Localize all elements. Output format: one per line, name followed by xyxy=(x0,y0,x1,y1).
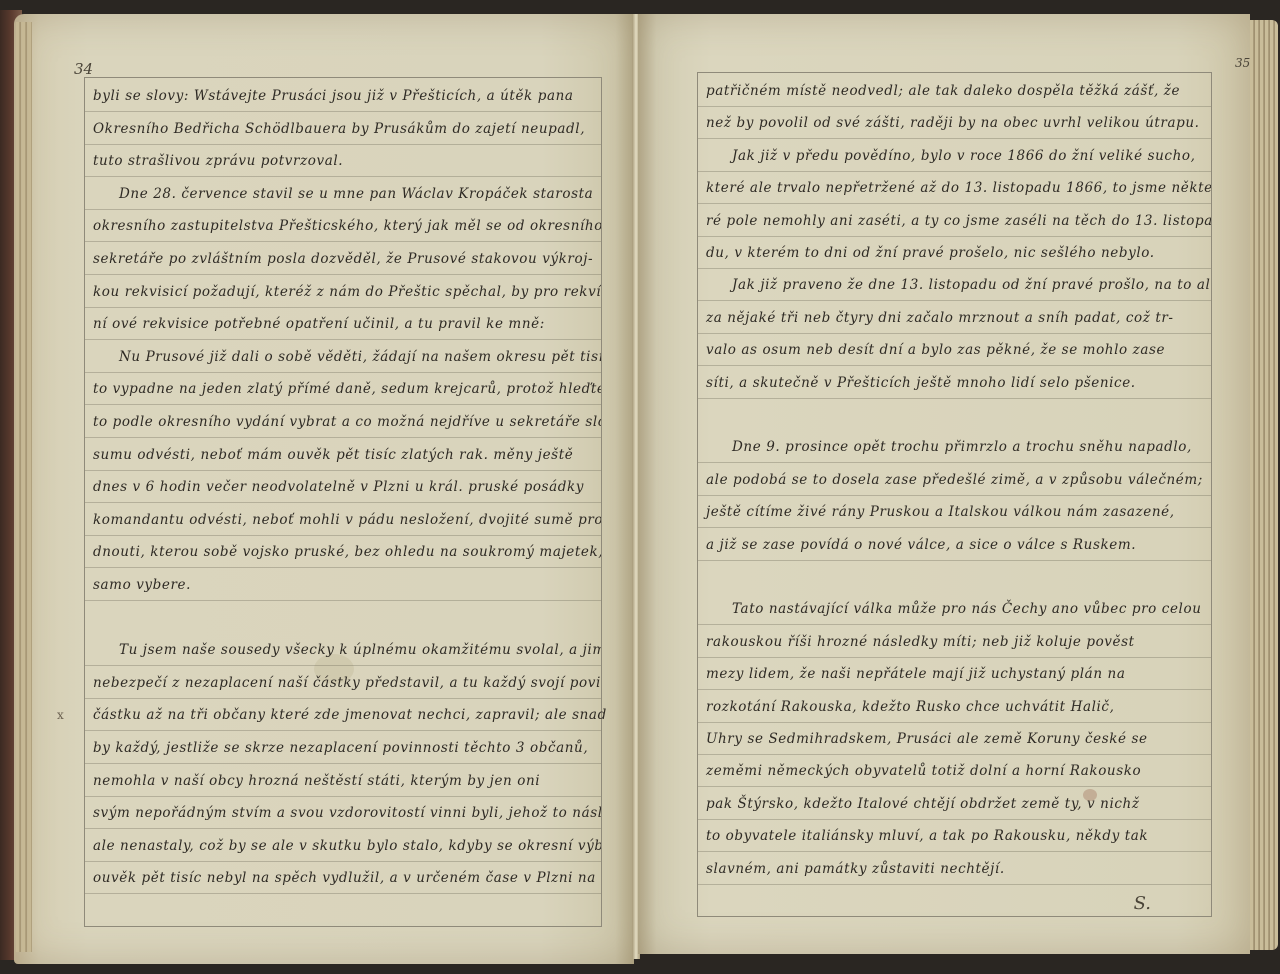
handwritten-line: rakouskou říši hrozné následky míti; neb… xyxy=(698,626,1211,658)
handwritten-line: valo as osum neb desít dní a bylo zas pě… xyxy=(698,334,1211,366)
handwritten-line: sekretáře po zvláštním posla dozvěděl, ž… xyxy=(85,243,601,275)
page-number: 34 xyxy=(74,60,93,78)
handwritten-line: slavném, ani památky zůstaviti nechtějí. xyxy=(698,853,1211,885)
handwritten-line: Dne 28. července stavil se u mne pan Wác… xyxy=(85,178,601,210)
handwritten-line: to obyvatele italiánsky mluví, a tak po … xyxy=(698,820,1211,852)
handwritten-line: než by povolil od své zášti, raději by n… xyxy=(698,107,1211,139)
ruled-frame: patřičném místě neodvedl; ale tak daleko… xyxy=(697,72,1212,917)
handwritten-line: mezy lidem, že naši nepřátele mají již u… xyxy=(698,658,1211,690)
left-page: 34 byli se slovy: Wstávejte Prusáci jsou… xyxy=(14,14,634,964)
right-page: 35. patřičném místě neodvedl; ale tak da… xyxy=(638,14,1250,954)
handwritten-line: nebezpečí z nezaplacení naší částky před… xyxy=(85,667,601,699)
handwritten-line: ještě cítíme živé rány Pruskou a Italsko… xyxy=(698,496,1211,528)
signature-mark: S. xyxy=(1134,893,1151,914)
handwritten-line: svým nepořádným stvím a svou vzdorovitos… xyxy=(85,797,601,829)
book-spread: 34 byli se slovy: Wstávejte Prusáci jsou… xyxy=(0,0,1280,974)
handwritten-line: komandantu odvésti, neboť mohli v pádu n… xyxy=(85,504,601,536)
handwritten-line: Jak již v předu povědíno, bylo v roce 18… xyxy=(698,140,1211,172)
handwritten-line: rozkotání Rakouska, kdežto Rusko chce uc… xyxy=(698,691,1211,723)
handwritten-line: kou rekvisicí požadují, kteréž z nám do … xyxy=(85,276,601,308)
handwritten-line: tuto strašlivou zprávu potvrzoval. xyxy=(85,145,601,177)
handwritten-line: ale nenastaly, což by se ale v skutku by… xyxy=(85,830,601,862)
handwritten-line: síti, a skutečně v Přešticích ještě mnoh… xyxy=(698,367,1211,399)
handwritten-line: pak Štýrsko, kdežto Italové chtějí obdrž… xyxy=(698,788,1211,820)
handwritten-line: ní ové rekvisice potřebné opatření učini… xyxy=(85,308,601,340)
handwritten-line: Tu jsem naše sousedy všecky k úplnému ok… xyxy=(85,634,601,666)
handwritten-line: Tato nastávající válka může pro nás Čech… xyxy=(698,593,1211,625)
handwritten-line: ale podobá se to dosela zase předešlé zi… xyxy=(698,464,1211,496)
handwritten-line: zeměmi německých obyvatelů totiž dolní a… xyxy=(698,755,1211,787)
handwritten-line: ré pole nemohly ani zaséti, a ty co jsme… xyxy=(698,205,1211,237)
handwritten-line: to vypadne na jeden zlatý přímé daně, se… xyxy=(85,373,601,405)
handwritten-line: okresního zastupitelstva Přešticského, k… xyxy=(85,210,601,242)
handwritten-line: které ale trvalo nepřetržené až do 13. l… xyxy=(698,172,1211,204)
ruled-frame: byli se slovy: Wstávejte Prusáci jsou ji… xyxy=(84,77,602,927)
handwritten-line: dnouti, kterou sobě vojsko pruské, bez o… xyxy=(85,536,601,568)
page-edges-right xyxy=(1250,20,1278,950)
handwritten-line: Dne 9. prosince opět trochu přimrzlo a t… xyxy=(698,431,1211,463)
handwritten-line: samo vybere. xyxy=(85,569,601,601)
handwritten-line: dnes v 6 hodin večer neodvolatelně v Plz… xyxy=(85,471,601,503)
handwritten-line: to podle okresního vydání vybrat a co mo… xyxy=(85,406,601,438)
margin-mark: x xyxy=(57,699,64,731)
handwritten-line: a již se zase povídá o nové válce, a sic… xyxy=(698,529,1211,561)
handwritten-line: byli se slovy: Wstávejte Prusáci jsou ji… xyxy=(85,80,601,112)
page-edges-left xyxy=(16,22,32,952)
handwritten-line: za nějaké tři neb čtyry dni začalo mrzno… xyxy=(698,302,1211,334)
handwritten-line: by každý, jestliže se skrze nezaplacení … xyxy=(85,732,601,764)
handwritten-line: ouvěk pět tisíc nebyl na spěch vydlužil,… xyxy=(85,862,601,894)
handwritten-line: Jak již praveno že dne 13. listopadu od … xyxy=(698,269,1211,301)
handwritten-line: Okresního Bedřicha Schödlbauera by Prusá… xyxy=(85,113,601,145)
handwritten-line: částku až na tři občany které zde jmenov… xyxy=(85,699,601,731)
handwritten-line: Nu Prusové již dali o sobě věděti, žádaj… xyxy=(85,341,601,373)
handwritten-line: patřičném místě neodvedl; ale tak daleko… xyxy=(698,75,1211,107)
handwritten-line: du, v kterém to dni od žní pravé prošelo… xyxy=(698,237,1211,269)
handwritten-line: nemohla v naší obcy hrozná neštěstí stát… xyxy=(85,765,601,797)
handwritten-line: sumu odvésti, neboť mám ouvěk pět tisíc … xyxy=(85,439,601,471)
handwritten-line: Uhry se Sedmihradskem, Prusáci ale země … xyxy=(698,723,1211,755)
